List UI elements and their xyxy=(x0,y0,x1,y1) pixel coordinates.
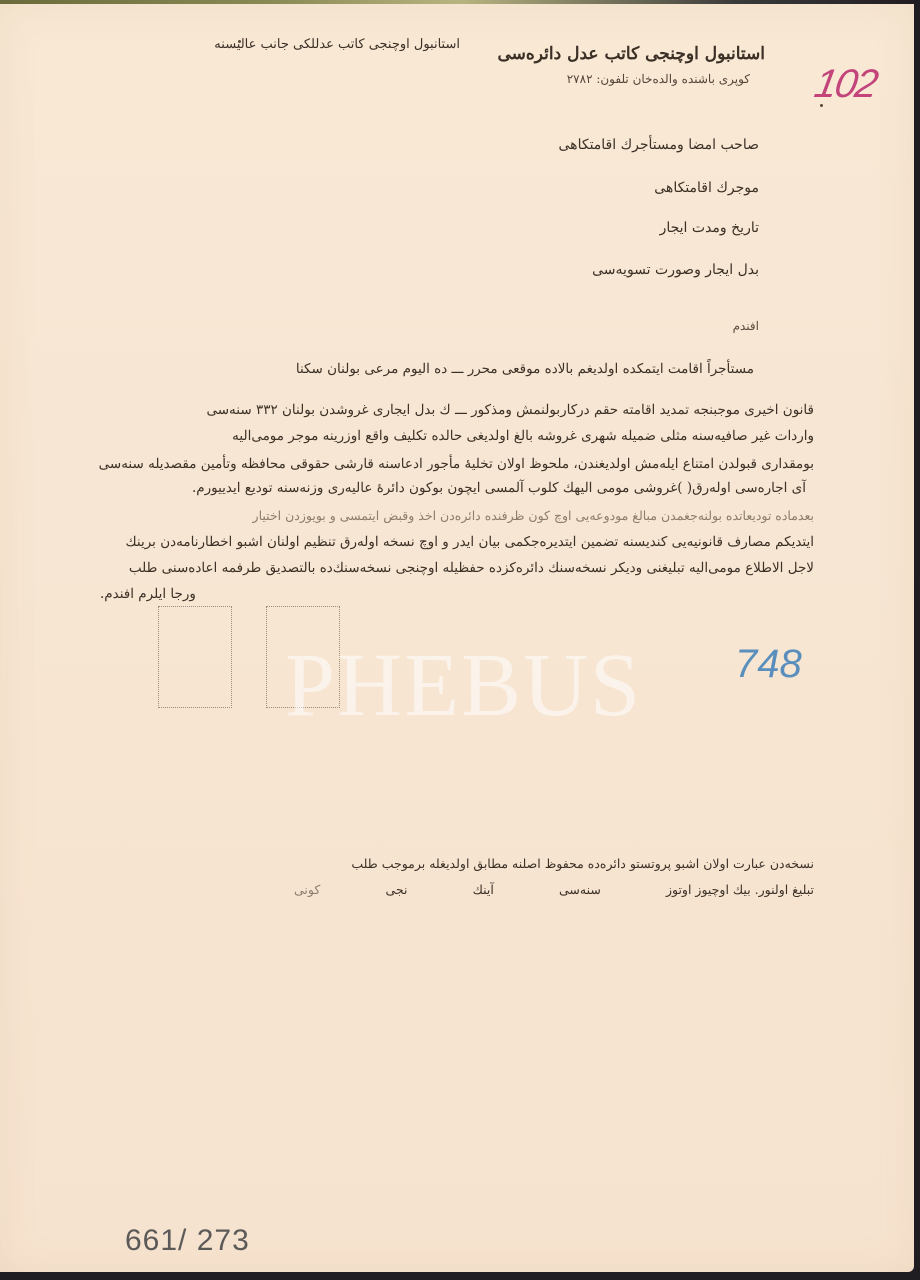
handwritten-number-red: 102 xyxy=(811,62,880,107)
field-signatory-residence: صاحب امضا ومستأجرك اقامتكاهی xyxy=(559,137,759,153)
field-lessor-residence: موجرك اقامتكاهی xyxy=(654,180,759,196)
body-line-5: آی اجاره‌سی اوله‌رق( )غروشی مومی الیهك ك… xyxy=(192,480,806,496)
speck xyxy=(238,40,241,43)
body-line-6: بعدماده تودیعاتده بولنه‌جغمدن مبالغ مودو… xyxy=(94,508,814,523)
cert-month: آینك xyxy=(473,882,494,897)
body-line-7: ایتدیكم مصارف قانونیه‌یی كندیسنه تضمین ا… xyxy=(94,534,814,550)
scan-bottom-edge xyxy=(0,1272,920,1280)
cert-ordinal: نجی xyxy=(385,882,407,897)
body-line-4: بومقداری قبولدن امتناع ایله‌مش اولدیغندن… xyxy=(94,456,814,472)
handwritten-reference-pencil: 661/ 273 xyxy=(125,1224,250,1258)
field-lease-date-duration: تاریخ ومدت ایجار xyxy=(660,220,759,236)
speck xyxy=(820,104,823,107)
body-line-9: ورجا ایلرم افندم. xyxy=(100,586,196,602)
certification-line-2: تبلیغ اولنور. بیك اوچیوز اوتوز سنه‌سی آی… xyxy=(294,882,814,897)
watermark: PHEBUS xyxy=(285,634,642,737)
cert-year-text: تبلیغ اولنور. بیك اوچیوز اوتوز xyxy=(666,882,814,897)
body-line-8: لاجل الاطلاع مومی‌الیه تبلیغنی ودیكر نسخ… xyxy=(94,560,814,576)
field-rent-settlement: بدل ایجار وصورت تسویه‌سی xyxy=(592,262,759,278)
document-page: استانبول اوچنجی کاتب عدللکی جانب عالیسنه… xyxy=(0,4,914,1272)
cert-day: كونی xyxy=(294,882,320,897)
body-line-3: واردات غیر صافیه‌سنه مثلی ضمیله شهری غرو… xyxy=(94,428,814,444)
body-line-1: مستأجراً اقامت ایتمكده اولدیغم بالاده مو… xyxy=(296,361,754,377)
office-address: کوپری باشنده والده‌خان تلفون: ۲۷۸۲ xyxy=(560,72,750,86)
office-title: استانبول اوچنجی کاتب عدل دائره‌سی xyxy=(555,44,765,64)
salutation: افندم xyxy=(733,319,759,333)
body-line-2: قانون اخیری موجبنجه تمدید اقامته حقم درك… xyxy=(94,402,814,418)
stamp-box-1 xyxy=(158,606,232,708)
cert-year-suffix: سنه‌سی xyxy=(559,882,601,897)
addressee-line: استانبول اوچنجی کاتب عدللکی جانب عالیسنه xyxy=(230,37,460,52)
handwritten-number-blue: 748 xyxy=(735,642,802,687)
certification-line-1: نسخه‌دن عبارت اولان اشبو پروتستو دائره‌د… xyxy=(351,856,814,871)
